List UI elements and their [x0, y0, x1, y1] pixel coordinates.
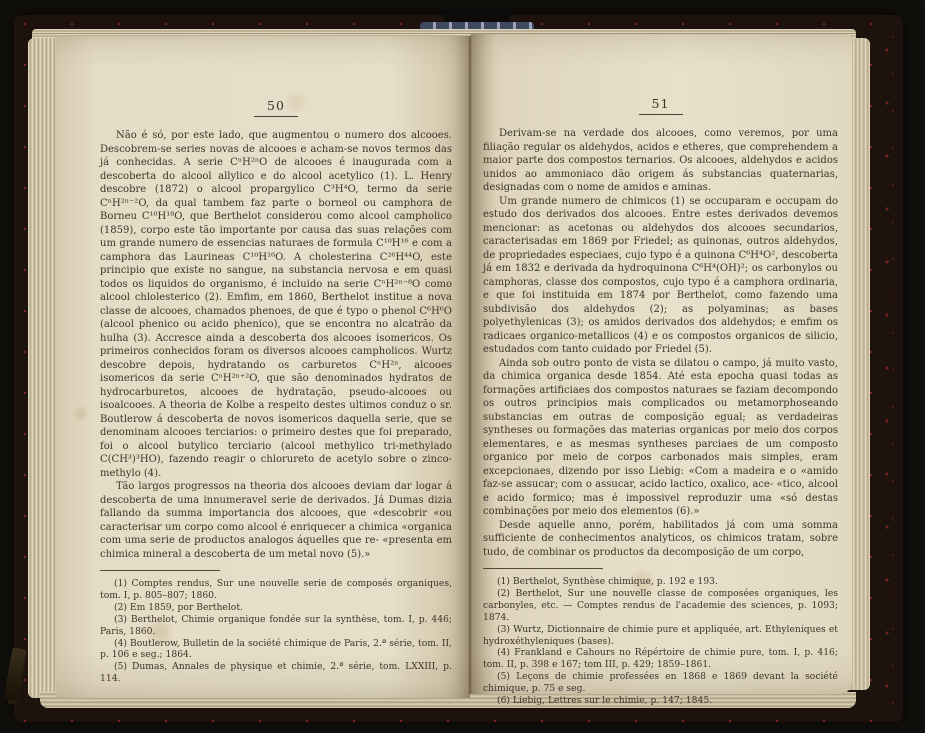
right-page-footnotes: (1) Berthelot, Synthèse chimique, p. 192… — [483, 576, 838, 707]
right-page-body: Derivam-se na verdade dos alcooes, como … — [483, 127, 838, 559]
footnote: (6) Liebig, Lettres sur le chimie, p. 14… — [483, 695, 838, 707]
footnote: (4) Boutlerow, Bulletin de la société ch… — [100, 638, 452, 662]
footnote: (5) Dumas, Annales de physique et chimie… — [100, 661, 452, 685]
footnote: (1) Comptes rendus, Sur une nouvelle ser… — [100, 578, 452, 602]
book-gutter — [468, 36, 472, 694]
footnote: (3) Berthelot, Chimie organique fondée s… — [100, 614, 452, 638]
left-page-number: 50 — [254, 98, 298, 117]
footnote: (2) Em 1859, por Berthelot. — [100, 602, 452, 614]
page-edges-left — [28, 38, 58, 698]
left-page-footnotes: (1) Comptes rendus, Sur une nouvelle ser… — [100, 578, 452, 685]
left-page-content: 50 Não é só, por este lado, que augmento… — [100, 98, 452, 685]
paragraph: Derivam-se na verdade dos alcooes, como … — [483, 127, 838, 195]
footnote: (3) Wurtz, Dictionnaire de chimie pure e… — [483, 624, 838, 648]
footnote: (2) Berthelot, Sur une nouvelle classe d… — [483, 588, 838, 624]
paragraph: Não é só, por este lado, que augmentou o… — [100, 129, 452, 480]
paragraph: Um grande numero de chimicos (1) se occu… — [483, 195, 838, 357]
book-photo: 50 Não é só, por este lado, que augmento… — [0, 0, 925, 733]
footnote-separator — [483, 568, 603, 569]
footnote: (5) Leçons de chimie professées en 1868 … — [483, 671, 838, 695]
footnote-separator — [100, 570, 220, 571]
paragraph: Tão largos progressos na theoria dos alc… — [100, 480, 452, 561]
paragraph: Desde aquelle anno, porém, habilitados j… — [483, 519, 838, 560]
paragraph: Ainda sob outro ponto de vista se dilato… — [483, 357, 838, 519]
footnote: (1) Berthelot, Synthèse chimique, p. 192… — [483, 576, 838, 588]
footnote: (4) Frankland e Cahours no Répértoire de… — [483, 647, 838, 671]
left-page-body: Não é só, por este lado, que augmentou o… — [100, 129, 452, 561]
right-page-number: 51 — [639, 96, 683, 115]
right-page-content: 51 Derivam-se na verdade dos alcooes, co… — [483, 96, 838, 707]
